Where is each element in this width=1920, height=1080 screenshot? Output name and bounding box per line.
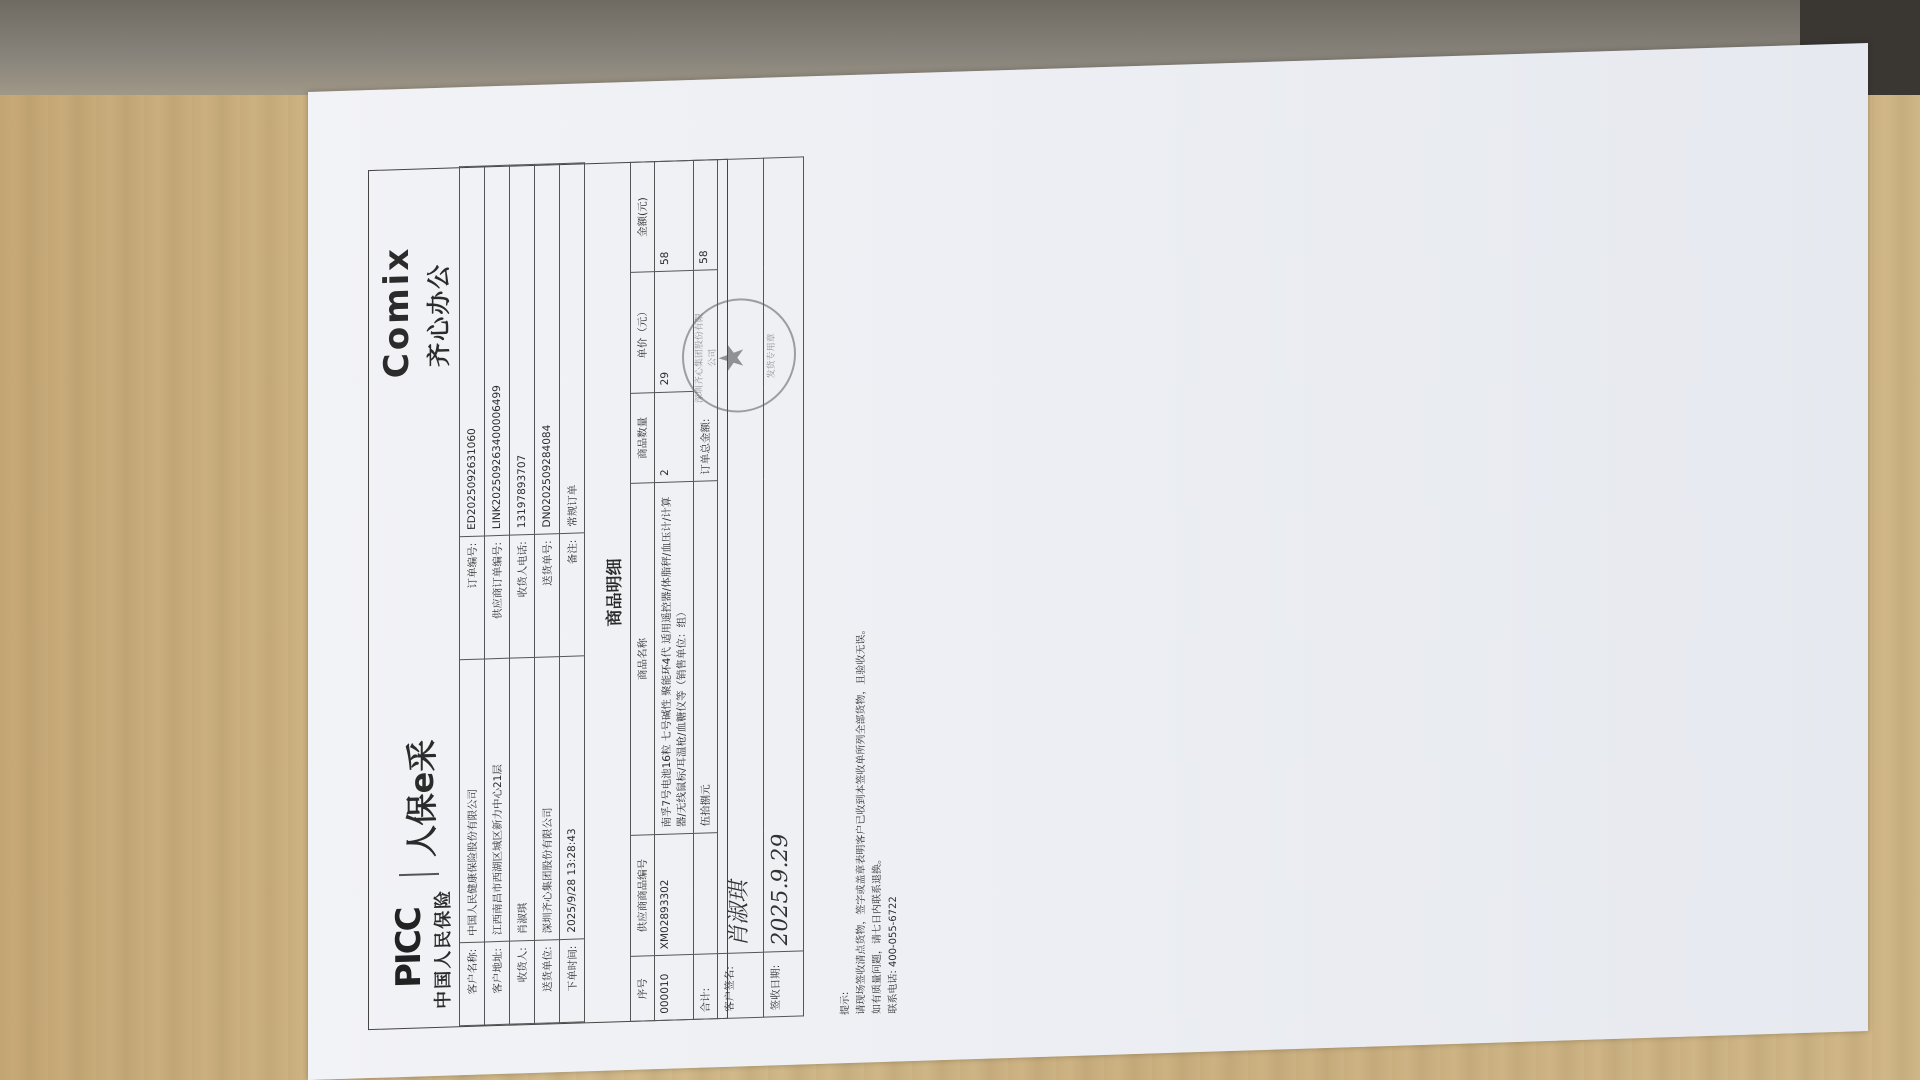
sign-date-cell: 2025.9.29 — [764, 157, 804, 953]
item-name: 南孚7号电池16粒 七号碱性 聚能环4代 适用遥控器/体脂秤/血压计/计算器/无… — [655, 482, 694, 835]
item-code: XM02893302 — [655, 833, 694, 956]
info-value: 江西南昌市西湖区城区新力中心21层 — [485, 658, 510, 942]
info-label: 客户地址: — [485, 941, 510, 1025]
info-row: 送货单位: 深圳齐心集团股份有限公司 送货单号: DN0202509284084 — [535, 164, 560, 1024]
info-label: 送货单位: — [535, 940, 560, 1024]
tip-label: 提示: — [838, 155, 854, 1016]
info-value: LINK202509263400006499 — [485, 165, 510, 536]
order-total-value: 58 — [694, 160, 718, 271]
info-value: ED2025092631060 — [460, 166, 485, 537]
handwritten-date: 2025.9.29 — [768, 833, 793, 946]
item-qty: 2 — [655, 391, 694, 483]
column-header: 商品名称 — [631, 483, 655, 835]
receipt-content: PICC 中国人民保险 人保e采 Comix 齐心办公 客户名称: 中国人民健康… — [368, 154, 888, 1030]
info-label: 收货人电话: — [510, 534, 535, 658]
info-label: 下单时间: — [560, 939, 585, 1023]
picc-logo: PICC — [389, 908, 429, 989]
info-label: 订单编号: — [460, 536, 485, 660]
info-row: 客户名称: 中国人民健康保险股份有限公司 订单编号: ED20250926310… — [460, 166, 485, 1026]
column-header: 序号 — [631, 956, 655, 1021]
info-row: 下单时间: 2025/9/28 13:28:43 备注: 常规订单 — [560, 163, 585, 1023]
column-header: 金额(元) — [631, 162, 655, 273]
info-label: 客户名称: — [460, 942, 485, 1026]
total-label: 合计: — [694, 954, 718, 1019]
item-seq: 000010 — [655, 955, 694, 1021]
info-value: 中国人民健康保险股份有限公司 — [460, 659, 485, 943]
footer-notes: 提示: 请现场签收清点货物，签字或盖章表明客户已收到本签收单所列全部货物，且验收… — [838, 153, 902, 1015]
sign-date-label: 签收日期: — [764, 951, 804, 1017]
order-info-table: 客户名称: 中国人民健康保险股份有限公司 订单编号: ED20250926310… — [459, 162, 585, 1026]
contact-phone: 联系电话: 400-055-6722 — [886, 153, 902, 1014]
picc-cn-logo: 中国人民保险 — [429, 888, 455, 1009]
total-spacer — [694, 832, 718, 954]
handwritten-signature: 肖淑琪 — [727, 880, 752, 947]
total-cn: 伍拾捌元 — [694, 481, 718, 833]
tip-line-1: 请现场签收清点货物，签字或盖章表明客户已收到本签收单所列全部货物，且验收无误。 — [854, 154, 870, 1015]
column-header: 商品数量 — [631, 392, 655, 483]
info-label: 供应商订单编号: — [485, 535, 510, 659]
info-label: 备注: — [560, 533, 585, 657]
logo-row: PICC 中国人民保险 人保e采 Comix 齐心办公 — [369, 166, 460, 1029]
stamp-bottom-text: 发货专用章 — [764, 316, 777, 396]
info-value: 13197893707 — [510, 164, 535, 535]
delivery-receipt-sheet: PICC 中国人民保险 人保e采 Comix 齐心办公 客户名称: 中国人民健康… — [308, 43, 1868, 1080]
items-section-title: 商品明细 — [600, 162, 625, 1023]
column-header: 供应商商品编号 — [631, 834, 655, 956]
info-value: 常规订单 — [560, 163, 585, 534]
info-label: 收货人: — [510, 940, 535, 1024]
comix-cn-logo: 齐心办公 — [419, 262, 454, 367]
info-value: 深圳齐心集团股份有限公司 — [535, 657, 560, 941]
column-header: 单价（元） — [631, 272, 655, 393]
info-value: 2025/9/28 13:28:43 — [560, 656, 585, 940]
items-header-row: 序号 供应商商品编号 商品名称 商品数量 单价（元） 金额(元) — [631, 162, 655, 1022]
info-row: 收货人: 肖淑琪 收货人电话: 13197893707 — [510, 164, 535, 1024]
signature-label: 客户签名: — [718, 953, 764, 1019]
sign-date-row: 签收日期: 2025.9.29 — [764, 157, 804, 1017]
total-row: 合计: 伍拾捌元 订单总金额: 58 — [694, 160, 718, 1020]
items-table: 序号 供应商商品编号 商品名称 商品数量 单价（元） 金额(元) 000010 … — [630, 156, 804, 1021]
signature-row: 客户签名: 肖淑琪 深圳齐心集团股份有限公司 ★ 发货专用章 — [718, 158, 764, 1018]
table-row: 000010 XM02893302 南孚7号电池16粒 七号碱性 聚能环4代 适… — [655, 160, 694, 1020]
info-row: 客户地址: 江西南昌市西湖区城区新力中心21层 供应商订单编号: LINK202… — [485, 165, 510, 1025]
item-amount: 58 — [655, 160, 694, 271]
info-value: DN0202509284084 — [535, 164, 560, 535]
info-value: 肖淑琪 — [510, 657, 535, 941]
logo-divider — [399, 873, 439, 876]
platform-logo: 人保e采 — [397, 739, 443, 858]
tip-line-2: 如有质量问题，请七日内联系退换。 — [870, 154, 886, 1015]
star-icon: ★ — [712, 342, 752, 374]
signature-cell: 肖淑琪 深圳齐心集团股份有限公司 ★ 发货专用章 — [718, 158, 764, 954]
info-label: 送货单号: — [535, 534, 560, 658]
comix-logo: Comix — [377, 245, 417, 379]
